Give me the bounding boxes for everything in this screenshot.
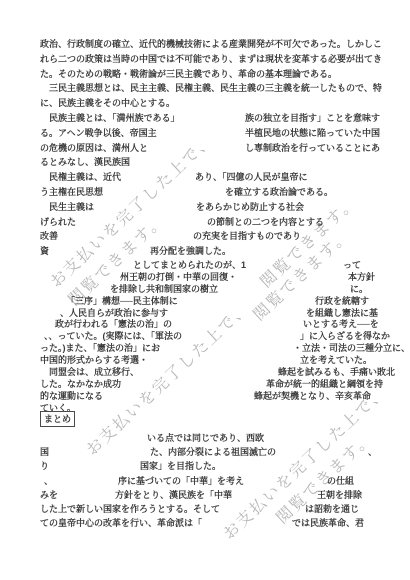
text-fragment: あり、「四億の人民が皇帝に [195,171,308,184]
text-fragment: 政治、行政制度の確立、近代的機械技術による産業開発が不可欠であった。しかしこ [40,38,382,51]
text-fragment: るとみなし、漢民族国 [40,156,130,169]
summary-label-box: まとめ [40,411,75,427]
text-fragment: 国 [40,446,49,459]
text-fragment: 民生主義は [49,201,94,214]
text-fragment: 族の独立を目指す」ことを意味す [245,112,380,125]
text-fragment: をあらかじめ防止する社会 [196,201,304,214]
text-fragment: の充実を目指すものであり [193,230,301,243]
text-fragment: した上で新しい国家を作ろうとする。そして [40,503,220,516]
text-fragment: り [40,460,49,473]
text-fragment: ての皇帝中心の改革を行い、革命派は「 [40,517,202,530]
text-fragment: に、民族主義をその中心とする。 [40,97,175,110]
text-fragment: る。アヘン戦争以後、帝国主 [40,127,157,140]
text-fragment: 序に基づいての「中華」を考え [118,475,244,488]
document-page: お支払いを完了した上で、閲覧できます。閲覧できます。閲覧できます。お支払いを完了… [0,0,410,580]
text-fragment: 、 [368,446,377,459]
text-fragment: げられた [40,216,76,229]
text-fragment: の仕組 [327,475,354,488]
text-fragment: 半植民地の状態に陥っていた中国 [245,127,380,140]
text-fragment: 再分配を強調した。 [150,245,231,258]
text-fragment: の危機の原因は、満州人と [40,142,148,155]
text-fragment: た、内部分裂による祖国滅亡の [150,446,276,459]
text-fragment: う主権在民思想 [40,186,103,199]
text-fragment: みを [40,489,58,502]
text-fragment: 資 [40,245,49,258]
text-fragment: 民権主義は、近代 [49,171,121,184]
summary-label: まとめ [44,414,71,424]
text-fragment: 国家」を目指した。 [140,460,221,473]
text-fragment: では民族革命、君 [292,517,364,530]
text-fragment: 蜂起が契機となり、辛亥革命 [254,390,371,403]
text-fragment: は詔勅を通じ [305,503,359,516]
text-fragment: 民族主義とは、「満州族である」 [49,112,180,125]
text-fragment: 、 [44,475,53,488]
text-fragment: し専制政治を行っていることにあ [245,142,380,155]
text-fragment: を確立する政治論である。 [225,186,333,199]
text-fragment: の節制との二つを内容とする [207,216,324,229]
text-fragment: 三民主義思想とは、民主主義、民権主義、民生主義の三主義を統一したもので、特 [49,82,382,95]
text-fragment: 王朝を排除 [317,489,362,502]
text-fragment: 方針をとり、漢民族を「中華 [115,489,232,502]
text-fragment: いる点では同じであり、西欧 [147,432,264,445]
text-fragment: れら二つの政策は当時の中国では不可能であり、まずは現状を変革する必要が出てき [40,53,382,66]
text-fragment: 改善 [40,230,58,243]
text-fragment: た。そのための戦略・戦術論が三民主義であり、革命の基本理論である。 [40,68,337,81]
